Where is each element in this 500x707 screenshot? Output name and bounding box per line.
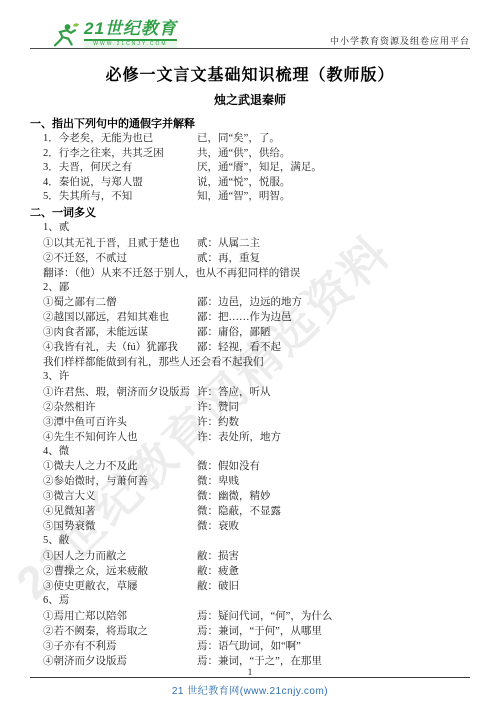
qa-row: ③肉食者鄙，未能远谋鄙：庸俗，鄙陋 (30, 325, 470, 340)
question-text: ④我皆有礼，夫（fú）犹鄙我 (43, 340, 197, 355)
brand-logo: 21世纪教育 WWW.21CNJY.COM (50, 20, 177, 48)
qa-row: ①微夫人之力不及此微：假如没有 (30, 459, 470, 474)
qa-row: ②参始微时，与萧何善微：卑贱 (30, 474, 470, 489)
question-text: ⑤国势衰微 (43, 519, 197, 534)
qa-row: ②越国以鄙远，君知其难也鄙：把……作为边邑 (30, 310, 470, 325)
answer-text: 敝：疲惫 (197, 564, 470, 579)
answer-text: 焉：疑问代词，“何”，为什么 (197, 609, 470, 624)
answer-text: 敝：损害 (197, 549, 470, 564)
question-text: ①微夫人之力不及此 (43, 459, 197, 474)
answer-text: 已，同“矣”，了。 (197, 132, 470, 147)
note-line: 我们样样都能做到有礼，那些人还会看不起我们 (30, 355, 470, 370)
qa-row: ①以其无礼于晋，且贰于楚也贰：从属二主 (30, 236, 470, 251)
document-body: 一、指出下列句中的通假字并解释1．今老矣，无能为也已已，同“矣”，了。2．行李之… (0, 108, 500, 669)
qa-row: ③潭中鱼可百许头许：约数 (30, 415, 470, 430)
qa-row: 4．秦伯说，与郑人盟说，通“悦”，悦服。 (30, 176, 470, 191)
qa-row: ⑤国势衰微微：衰败 (30, 519, 470, 534)
qa-row: ④见微知著微：隐蔽，不显露 (30, 504, 470, 519)
qa-row: ③子亦有不利焉焉：语气助词，如“啊” (30, 639, 470, 654)
answer-text: 许：答应，听从 (197, 385, 470, 400)
qa-row: ④先生不知何许人也许：表处所，地方 (30, 430, 470, 445)
answer-text: 敝：破旧 (197, 579, 470, 594)
footer-divider: 1 (30, 677, 470, 678)
answer-text: 说，通“悦”，悦服。 (197, 176, 470, 191)
note-line: 翻译：（他）从来不迁怒于别人，也从不再犯同样的错误 (30, 266, 470, 281)
answer-text: 鄙：轻视，看不起 (197, 340, 470, 355)
qa-row: 3．夫晋，何厌之有厌，通“餍”，知足，满足。 (30, 161, 470, 176)
question-text: ②杂然相许 (43, 400, 197, 415)
question-text: ④朝济而夕设版焉 (43, 654, 197, 669)
answer-text: 许：约数 (197, 415, 470, 430)
qa-row: ①许君焦、瑕，朝济而夕设版焉许：答应，听从 (30, 385, 470, 400)
page-footer: 1 21 世纪教育网(www.21cnjy.com) (30, 677, 470, 697)
qa-row: ②杂然相许许：赞同 (30, 400, 470, 415)
answer-text: 许：表处所，地方 (197, 430, 470, 445)
answer-text: 贰：再，重复 (197, 251, 470, 266)
qa-row: 2．行李之往来，共其乏困共，通“供”，供给。 (30, 147, 470, 162)
header-divider (30, 48, 470, 49)
answer-text: 微：衰败 (197, 519, 470, 534)
answer-text: 焉：兼词，“于何”，从哪里 (197, 624, 470, 639)
answer-text: 许：赞同 (197, 400, 470, 415)
question-text: 1．今老矣，无能为也已 (43, 132, 197, 147)
question-text: ③微言大义 (43, 489, 197, 504)
brand-url: WWW.21CNJY.COM (84, 39, 177, 48)
page-subtitle: 烛之武退秦师 (0, 91, 500, 108)
question-text: ④先生不知何许人也 (43, 430, 197, 445)
answer-text: 鄙：庸俗，鄙陋 (197, 325, 470, 340)
answer-text: 厌，通“餍”，知足，满足。 (197, 161, 470, 176)
platform-tagline: 中小学教育资源及组卷应用平台 (330, 34, 470, 48)
answer-text: 焉：兼词，“于之”，在那里 (197, 654, 470, 669)
group-heading: 2、鄙 (30, 281, 470, 296)
question-text: ③潭中鱼可百许头 (43, 415, 197, 430)
qa-row: 1．今老矣，无能为也已已，同“矣”，了。 (30, 132, 470, 147)
question-text: ②越国以鄙远，君知其难也 (43, 310, 197, 325)
group-heading: 3、许 (30, 370, 470, 385)
answer-text: 鄙：把……作为边邑 (197, 310, 470, 325)
qa-row: ②曹操之众，远来疲敝敝：疲惫 (30, 564, 470, 579)
qa-row: ①蜀之鄙有二僧鄙：边邑，边远的地方 (30, 295, 470, 310)
qa-row: ③微言大义微：幽微，精妙 (30, 489, 470, 504)
page-title: 必修一文言文基础知识梳理（教师版） (0, 62, 500, 85)
question-text: ①蜀之鄙有二僧 (43, 295, 197, 310)
question-text: ②不迁怒，不贰过 (43, 251, 197, 266)
answer-text: 贰：从属二主 (197, 236, 470, 251)
question-text: ③肉食者鄙，未能远谋 (43, 325, 197, 340)
question-text: ①因人之力而敝之 (43, 549, 197, 564)
question-text: 2．行李之往来，共其乏困 (43, 147, 197, 162)
question-text: ①焉用亡郑以陪邻 (43, 609, 197, 624)
group-heading: 5、敝 (30, 534, 470, 549)
question-text: ④见微知著 (43, 504, 197, 519)
qa-row: ①焉用亡郑以陪邻焉：疑问代词，“何”，为什么 (30, 609, 470, 624)
qa-row: ①因人之力而敝之敝：损害 (30, 549, 470, 564)
question-text: 3．夫晋，何厌之有 (43, 161, 197, 176)
question-text: ③子亦有不利焉 (43, 639, 197, 654)
qa-row: ②不迁怒，不贰过贰：再，重复 (30, 251, 470, 266)
answer-text: 微：卑贱 (197, 474, 470, 489)
qa-row: ③使史更敝衣，草屦敝：破旧 (30, 579, 470, 594)
question-text: ②若不阙秦，将焉取之 (43, 624, 197, 639)
answer-text: 微：假如没有 (197, 459, 470, 474)
answer-text: 微：幽微，精妙 (197, 489, 470, 504)
section-heading: 一、指出下列句中的通假字并解释 (30, 116, 470, 132)
page-number: 1 (243, 667, 258, 677)
answer-text: 焉：语气助词，如“啊” (197, 639, 470, 654)
question-text: ③使史更敝衣，草屦 (43, 579, 197, 594)
qa-row: ②若不阙秦，将焉取之焉：兼词，“于何”，从哪里 (30, 624, 470, 639)
group-heading: 1、贰 (30, 221, 470, 236)
group-heading: 4、微 (30, 445, 470, 460)
answer-text: 微：隐蔽，不显露 (197, 504, 470, 519)
brand-text-block: 21世纪教育 WWW.21CNJY.COM (84, 20, 177, 48)
section-heading: 二、一词多义 (30, 205, 470, 221)
document-page: 21世纪教育 WWW.21CNJY.COM 中小学教育资源及组卷应用平台 必修一… (0, 0, 500, 707)
group-heading: 6、焉 (30, 594, 470, 609)
question-text: 4．秦伯说，与郑人盟 (43, 176, 197, 191)
question-text: 5．失其所与，不知 (43, 190, 197, 205)
qa-row: 5．失其所与，不知知，通“智”，明智。 (30, 190, 470, 205)
question-text: ①以其无礼于晋，且贰于楚也 (43, 236, 197, 251)
answer-text: 知，通“智”，明智。 (197, 190, 470, 205)
answer-text: 鄙：边邑，边远的地方 (197, 295, 470, 310)
question-text: ①许君焦、瑕，朝济而夕设版焉 (43, 385, 197, 400)
runner-icon (50, 22, 80, 47)
question-text: ②参始微时，与萧何善 (43, 474, 197, 489)
qa-row: ④我皆有礼，夫（fú）犹鄙我鄙：轻视，看不起 (30, 340, 470, 355)
question-text: ②曹操之众，远来疲敝 (43, 564, 197, 579)
brand-name: 21世纪教育 (84, 20, 177, 38)
answer-text: 共，通“供”，供给。 (197, 147, 470, 162)
page-header: 21世纪教育 WWW.21CNJY.COM 中小学教育资源及组卷应用平台 (30, 12, 470, 48)
footer-site-text: 21 世纪教育网(www.21cnjy.com) (30, 682, 470, 697)
